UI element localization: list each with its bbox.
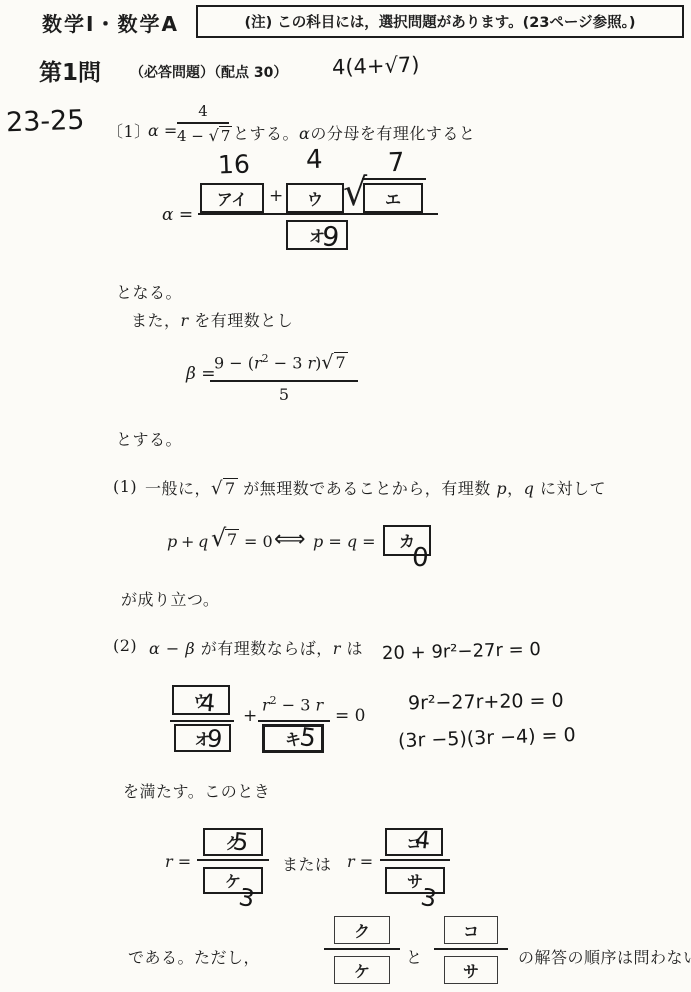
p-var: p — [167, 532, 177, 551]
handwritten-work-line3: (3r −5)(3r −4) = 0 — [398, 724, 576, 752]
comma: ， — [507, 479, 524, 498]
page-title: 数学Ⅰ・数学A — [42, 8, 179, 37]
handwritten-work-line1: 20 + 9r²−27r = 0 — [382, 639, 541, 664]
handwritten-answer-5: 5 — [232, 827, 250, 856]
box-ke-ref: ケ — [334, 956, 390, 984]
equation-alpha-rationalized: α = アイ + ウ √ エ オ 16 4 7 9 — [160, 150, 460, 265]
text: が無理数であることから，有理数 — [238, 479, 497, 498]
exponent: 2 — [270, 694, 277, 707]
radicand: 7 — [225, 529, 239, 549]
section1-label: 〔1〕 — [107, 119, 151, 142]
handwritten-problem-annotation: 4(4+√7) — [332, 52, 420, 79]
num-token: − 3 — [277, 695, 316, 714]
or-text: または — [282, 852, 332, 875]
plus-sign: + — [243, 706, 257, 726]
text: が有理数ならば， — [195, 639, 333, 658]
equals-zero: = 0 — [244, 532, 273, 551]
section1-after-text: とする。αの分母を有理化すると — [233, 121, 475, 144]
numerator: r2 − 3 r — [262, 694, 323, 714]
handwritten-answer-0: 0 — [411, 542, 430, 573]
num-token: 9 − ( — [214, 353, 254, 372]
radicand: 7 — [334, 352, 348, 372]
text: また， — [131, 311, 181, 330]
equation-p-q-condition: p + q √ 7 = 0 ⟺ p = q = カ 0 — [165, 520, 465, 570]
r-var: r — [308, 353, 316, 372]
eq-lhs: α = — [162, 205, 193, 225]
radical-sign: √ — [209, 126, 219, 145]
handwritten-answer-9: 9 — [320, 221, 340, 254]
text: を有理数とし — [189, 311, 294, 330]
handwritten-answer-3: 3 — [419, 883, 439, 913]
answer-box-a-i: アイ — [200, 183, 264, 213]
text: の分母を有理化すると — [310, 124, 475, 143]
handwritten-answer-9: 9 — [206, 724, 224, 753]
alpha-definition-lhs: α = — [148, 121, 177, 140]
box-sa-ref: サ — [444, 956, 498, 984]
radicand-wrap: エ — [362, 178, 426, 213]
plus-sign: + — [181, 532, 194, 551]
text: とする。 — [233, 124, 299, 143]
alpha-var: α — [299, 124, 310, 143]
handwritten-margin-note: 23-25 — [5, 105, 85, 139]
text: に対して — [534, 479, 606, 498]
handwritten-answer-4: 4 — [414, 825, 432, 854]
handwritten-work-line2: 9r²−27r+20 = 0 — [408, 690, 564, 715]
radical-sign: √ — [211, 478, 223, 499]
note-box: (注) この科目には，選択問題があります。(23ページ参照。) — [196, 5, 684, 38]
answer-box-e: エ — [363, 183, 423, 213]
text-tosuru: とする。 — [116, 427, 182, 450]
q-var: q — [524, 479, 535, 498]
denominator: 5 — [210, 385, 358, 404]
radical-sign: √ — [211, 526, 226, 550]
problem-meta: （必答問題）（配点 30） — [130, 62, 287, 82]
exam-page: 数学Ⅰ・数学A (注) この科目には，選択問題があります。(23ページ参照。) … — [0, 0, 691, 992]
fraction-bar — [198, 213, 438, 215]
radicand: 7 — [223, 478, 238, 498]
handwritten-answer-4: 4 — [199, 688, 217, 717]
r-var: r — [181, 311, 189, 330]
r-var: r — [254, 353, 262, 372]
fraction-denominator: 4 − √7 — [177, 126, 229, 145]
fraction-bar — [380, 859, 450, 861]
radicand: 7 — [219, 126, 233, 145]
part2-label: (2) — [113, 636, 137, 655]
text: は — [341, 639, 363, 658]
part1-label: (1) — [113, 477, 137, 496]
fraction-bar — [324, 948, 400, 950]
fraction-bar — [197, 859, 269, 861]
r-var: r — [333, 639, 341, 658]
text: の解答の順序は問わない。 — [518, 945, 691, 968]
handwritten-answer-3: 3 — [237, 883, 257, 913]
part1-conclusion: が成り立つ。 — [121, 587, 219, 610]
note-text: (注) この科目には，選択問題があります。(23ページ参照。) — [244, 11, 635, 32]
box-ko-ref: コ — [444, 916, 498, 944]
r-equals: r = — [165, 852, 191, 871]
text-tonaru: となる。 — [116, 280, 182, 303]
equals-zero: = 0 — [335, 706, 365, 726]
fraction-bar — [170, 720, 234, 722]
problem-number: 第1問 — [39, 54, 101, 87]
fraction-bar — [258, 720, 330, 722]
exponent: 2 — [262, 352, 269, 365]
part1-text: 一般に，√7 が無理数であることから，有理数 p，q に対して — [145, 476, 606, 499]
iff-arrow: ⟺ — [274, 527, 306, 552]
equation-r-solutions: r = ク 5 ケ 3 または r = コ 4 サ 3 — [165, 824, 465, 912]
box-ku-ref: ク — [334, 916, 390, 944]
answer-box-u: ウ — [286, 183, 344, 213]
equation-beta-definition: β = 9 − (r2 − 3 r)√7 5 — [186, 346, 376, 408]
text: 一般に， — [145, 479, 211, 498]
p-equals-q-equals: p = q = — [313, 532, 376, 551]
q-var: q — [198, 532, 208, 551]
r-var: r — [316, 695, 324, 714]
bottom-note: である。ただし， ク ケ と コ サ の解答の順序は問わない。 — [128, 912, 676, 990]
handwritten-answer-16: 16 — [218, 149, 251, 179]
plus-sign: + — [269, 186, 283, 206]
fraction-bar — [177, 122, 229, 124]
radical-sign: √ — [321, 351, 333, 373]
r-var: r — [262, 695, 270, 714]
text-mitasu: を満たす。このとき — [123, 779, 270, 802]
num-token: − 3 — [269, 353, 308, 372]
p-var: p — [496, 479, 507, 498]
text: である。ただし， — [128, 945, 260, 968]
numerator: 9 − (r2 − 3 r)√7 — [214, 352, 348, 372]
r-equals: r = — [347, 852, 373, 871]
fraction-bar — [210, 380, 358, 382]
handwritten-answer-4: 4 — [305, 145, 323, 176]
part2-text: α − β が有理数ならば，r は — [149, 636, 363, 659]
alpha-minus-beta: α − β — [149, 639, 195, 658]
text-and: と — [406, 945, 423, 968]
handwritten-answer-7: 7 — [387, 148, 405, 179]
fraction-numerator: 4 — [177, 102, 229, 120]
alpha-definition-fraction: 4 4 − √7 — [177, 102, 229, 145]
equation-r-condition: ウ 4 オ 9 + r2 − 3 r キ 5 = 0 — [170, 678, 370, 756]
fraction-bar — [434, 948, 508, 950]
text-mata: また，r を有理数とし — [131, 308, 293, 331]
den-pre: 4 − — [177, 127, 209, 145]
